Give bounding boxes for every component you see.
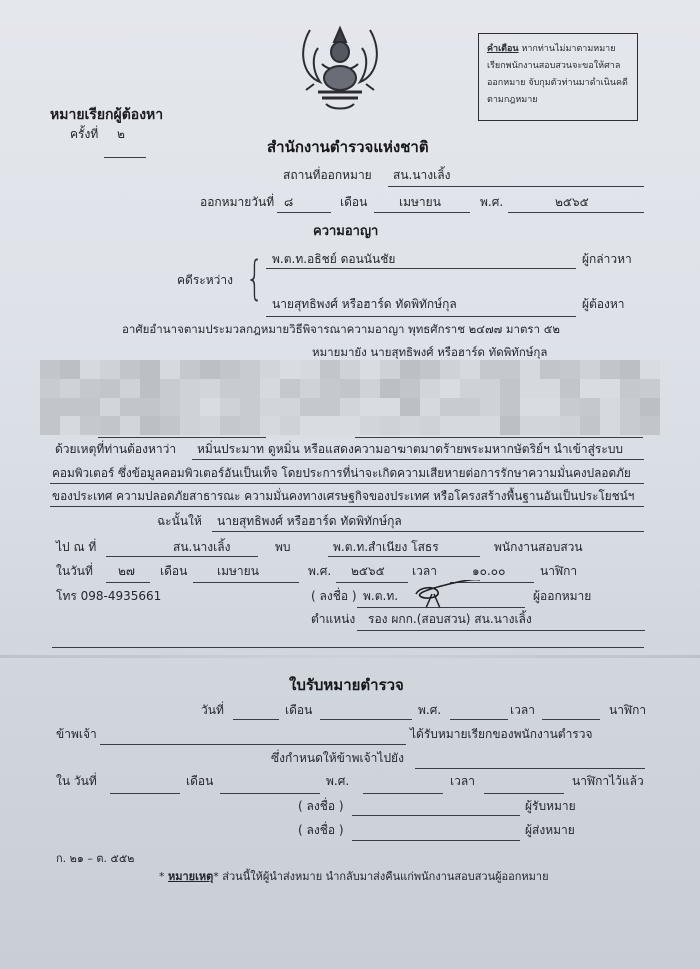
mosaic-cell: [80, 360, 100, 379]
warning-label: คำเตือน: [487, 44, 519, 54]
mosaic-cell: [160, 360, 180, 379]
mosaic-cell: [340, 379, 360, 398]
redacted-line-right: [355, 437, 643, 438]
appointed-person: นายสุทธิพงศ์ หรือฮาร์ด ทัดพิทักษ์กุล: [217, 514, 402, 528]
mosaic-cell: [200, 416, 220, 435]
mosaic-cell: [460, 360, 480, 379]
receipt-on-day-field[interactable]: [110, 793, 180, 794]
receipt-time-label: เวลา: [510, 703, 535, 717]
mosaic-cell: [100, 379, 120, 398]
charge-label: ด้วยเหตุที่ท่านต้องหาว่า: [55, 442, 176, 456]
receipt-name-field[interactable]: [100, 744, 406, 745]
count-underline: [104, 157, 146, 158]
appointment-day-line: [106, 582, 150, 583]
appointment-place-line: [106, 556, 258, 557]
mosaic-cell: [180, 379, 200, 398]
issue-day: ๘: [284, 195, 293, 209]
appointment-year: ๒๕๖๕: [351, 564, 385, 578]
position-label: ตำแหน่ง: [311, 612, 355, 626]
mosaic-cell: [160, 379, 180, 398]
mosaic-cell: [540, 416, 560, 435]
appointment-place: สน.นางเลิ้ง: [173, 540, 230, 554]
issue-month-label: เดือน: [340, 195, 367, 209]
mosaic-cell: [520, 360, 540, 379]
receipt-month-label: เดือน: [285, 703, 312, 717]
charge-line-2-rule: [50, 483, 644, 484]
mosaic-cell: [400, 360, 420, 379]
mosaic-cell: [440, 360, 460, 379]
mosaic-cell: [620, 379, 640, 398]
mosaic-cell: [480, 379, 500, 398]
mosaic-cell: [240, 398, 260, 417]
mosaic-cell: [520, 398, 540, 417]
section-divider: [52, 647, 644, 648]
mosaic-cell: [600, 360, 620, 379]
mosaic-cell: [60, 379, 80, 398]
appointment-year-label: พ.ศ.: [308, 564, 331, 578]
garuda-emblem-icon: [292, 20, 388, 115]
case-type: ความอาญา: [313, 220, 378, 241]
summons-to: หมายมายัง นายสุทธิพงศ์ หรือฮาร์ด ทัดพิทั…: [312, 345, 547, 359]
officer-line: [328, 556, 480, 557]
receipt-destination-field[interactable]: [415, 768, 645, 769]
mosaic-cell: [140, 416, 160, 435]
issue-year-line: [508, 212, 644, 213]
charge-line-3: ของประเทศ ความปลอดภัยสาธารณะ ความมั่นคงท…: [52, 489, 634, 503]
mosaic-cell: [120, 416, 140, 435]
sender-sign-label: ( ลงชื่อ ): [298, 823, 344, 837]
mosaic-cell: [500, 379, 520, 398]
mosaic-cell: [220, 360, 240, 379]
appointment-time-label: เวลา: [412, 564, 437, 578]
mosaic-cell: [420, 398, 440, 417]
mosaic-cell: [600, 416, 620, 435]
mosaic-cell: [240, 360, 260, 379]
mosaic-cell: [120, 398, 140, 417]
appointment-month: เมษายน: [217, 564, 259, 578]
accused-name: นายสุทธิพงศ์ หรือฮาร์ด ทัดพิทักษ์กุล: [272, 297, 457, 311]
receipt-month-field[interactable]: [320, 719, 412, 720]
issue-month: เมษายน: [399, 195, 441, 209]
issuer-sign-label: ( ลงชื่อ ): [311, 589, 357, 603]
mosaic-cell: [620, 360, 640, 379]
note-star: *: [159, 870, 168, 883]
appointment-month-label: เดือน: [160, 564, 187, 578]
between-label: คดีระหว่าง: [177, 273, 233, 287]
mosaic-cell: [120, 360, 140, 379]
mosaic-cell: [180, 398, 200, 417]
officer-role: พนักงานสอบสวน: [494, 540, 583, 554]
receipt-year-field[interactable]: [450, 719, 508, 720]
mosaic-cell: [380, 360, 400, 379]
mosaic-cell: [560, 360, 580, 379]
mosaic-cell: [480, 398, 500, 417]
mosaic-cell: [60, 398, 80, 417]
accuser-name: พ.ต.ท.อธิชย์ ดอนนันชัย: [272, 252, 395, 266]
receipt-on-year-label: พ.ศ.: [326, 774, 349, 788]
accuser-line: [266, 268, 576, 269]
mosaic-cell: [480, 360, 500, 379]
paper-fold: [0, 655, 700, 658]
mosaic-cell: [380, 379, 400, 398]
officer-name: พ.ต.ท.สำเนียง โสธร: [333, 540, 439, 554]
issuer-rank: พ.ต.ท.: [363, 589, 398, 603]
mosaic-cell: [180, 360, 200, 379]
accuser-role: ผู้กล่าวหา: [582, 252, 632, 266]
mosaic-cell: [240, 379, 260, 398]
mosaic-cell: [140, 379, 160, 398]
mosaic-cell: [160, 398, 180, 417]
mosaic-cell: [300, 398, 320, 417]
mosaic-cell: [360, 416, 380, 435]
mosaic-cell: [360, 379, 380, 398]
mosaic-cell: [180, 416, 200, 435]
mosaic-cell: [460, 398, 480, 417]
appointment-year-line: [336, 582, 408, 583]
mosaic-cell: [220, 416, 240, 435]
charge-line-2: คอมพิวเตอร์ ซึ่งข้อมูลคอมพิวเตอร์อันเป็น…: [52, 466, 631, 480]
mosaic-cell: [640, 416, 660, 435]
receiver-role: ผู้รับหมาย: [525, 799, 576, 813]
mosaic-cell: [400, 398, 420, 417]
receipt-appoint-text: ซึ่งกำหนดให้ข้าพเจ้าไปยัง: [271, 751, 404, 765]
mosaic-cell: [200, 379, 220, 398]
receipt-day-field[interactable]: [233, 719, 279, 720]
receipt-time-unit: นาฬิกา: [609, 703, 646, 717]
mosaic-cell: [640, 398, 660, 417]
mosaic-cell: [580, 379, 600, 398]
mosaic-cell: [540, 379, 560, 398]
mosaic-cell: [40, 398, 60, 417]
receipt-on-month-label: เดือน: [186, 774, 213, 788]
mosaic-cell: [40, 360, 60, 379]
mosaic-cell: [260, 379, 280, 398]
mosaic-cell: [400, 416, 420, 435]
mosaic-cell: [620, 398, 640, 417]
mosaic-cell: [400, 379, 420, 398]
mosaic-cell: [520, 416, 540, 435]
appointment-date-label: ในวันที่: [56, 564, 93, 578]
count-value: ๒: [117, 127, 125, 141]
mosaic-cell: [500, 416, 520, 435]
mosaic-cell: [40, 379, 60, 398]
appointment-day: ๒๗: [118, 564, 135, 578]
mosaic-cell: [640, 379, 660, 398]
mosaic-cell: [600, 398, 620, 417]
agency-name: สำนักงานตำรวจแห่งชาติ: [267, 135, 429, 159]
mosaic-cell: [140, 398, 160, 417]
receipt-date-label: วันที่: [201, 703, 224, 717]
redacted-region: [40, 360, 660, 435]
mosaic-cell: [80, 379, 100, 398]
mosaic-cell: [280, 398, 300, 417]
mosaic-cell: [580, 416, 600, 435]
mosaic-cell: [40, 416, 60, 435]
appointed-person-line: [212, 531, 644, 532]
receiver-sign-label: ( ลงชื่อ ): [298, 799, 344, 813]
mosaic-cell: [580, 398, 600, 417]
mosaic-cell: [360, 398, 380, 417]
mosaic-cell: [420, 360, 440, 379]
issue-year-label: พ.ศ.: [480, 195, 503, 209]
meet-label: พบ: [275, 540, 291, 554]
accused-role: ผู้ต้องหา: [582, 297, 625, 311]
mosaic-cell: [220, 379, 240, 398]
position-value: รอง ผกก.(สอบสวน) สน.นางเลิ้ง: [368, 612, 532, 626]
accused-line: [266, 316, 576, 317]
warning-box: คำเตือน หากท่านไม่มาตามหมายเรียกพนักงานส…: [478, 33, 638, 121]
issue-month-line: [374, 212, 470, 213]
charge-line-1: หมิ่นประมาท ดูหมิ่น หรือแสดงความอาฆาตมาด…: [197, 442, 623, 456]
issuer-sign-line: [357, 607, 525, 608]
mosaic-cell: [320, 379, 340, 398]
count-label: ครั้งที่: [70, 127, 98, 141]
issue-day-line: [277, 212, 331, 213]
mosaic-cell: [640, 360, 660, 379]
issue-year: ๒๕๖๕: [555, 195, 589, 209]
mosaic-cell: [540, 398, 560, 417]
legal-authority: อาศัยอำนาจตามประมวลกฎหมายวิธีพิจารณาความ…: [122, 322, 560, 336]
mosaic-cell: [240, 416, 260, 435]
mosaic-cell: [620, 416, 640, 435]
receipt-on-time-unit: นาฬิกาไว้แล้ว: [572, 774, 644, 788]
mosaic-cell: [260, 398, 280, 417]
mosaic-cell: [140, 360, 160, 379]
mosaic-cell: [80, 398, 100, 417]
mosaic-cell: [200, 398, 220, 417]
mosaic-cell: [340, 416, 360, 435]
mosaic-cell: [200, 360, 220, 379]
receipt-on-year-field[interactable]: [363, 793, 443, 794]
mosaic-cell: [300, 360, 320, 379]
mosaic-cell: [120, 379, 140, 398]
mosaic-cell: [80, 416, 100, 435]
mosaic-cell: [340, 360, 360, 379]
receipt-received-text: ได้รับหมายเรียกของพนักงานตำรวจ: [410, 727, 593, 741]
mosaic-cell: [380, 416, 400, 435]
mosaic-cell: [60, 360, 80, 379]
receipt-on-date-label: ใน วันที่: [56, 774, 97, 788]
mosaic-cell: [560, 379, 580, 398]
issuer-role: ผู้ออกหมาย: [533, 589, 591, 603]
mosaic-cell: [160, 416, 180, 435]
mosaic-cell: [260, 416, 280, 435]
mosaic-cell: [580, 360, 600, 379]
mosaic-cell: [300, 416, 320, 435]
issue-date-label: ออกหมายวันที่: [200, 195, 274, 209]
appointment-month-line: [193, 582, 299, 583]
brace-symbol: {: [246, 255, 264, 301]
receipt-note: * หมายเหตุ* ส่วนนี้ให้ผู้นำส่งหมาย นำกลั…: [159, 870, 549, 884]
mosaic-cell: [60, 416, 80, 435]
receipt-on-month-field[interactable]: [220, 793, 320, 794]
mosaic-cell: [100, 398, 120, 417]
mosaic-cell: [300, 379, 320, 398]
mosaic-cell: [440, 398, 460, 417]
sender-role: ผู้ส่งหมาย: [525, 823, 575, 837]
issuer-signature: [410, 580, 490, 610]
mosaic-cell: [480, 416, 500, 435]
mosaic-cell: [440, 416, 460, 435]
receipt-i-label: ข้าพเจ้า: [56, 727, 97, 741]
appointment-time-unit: นาฬิกา: [540, 564, 577, 578]
mosaic-cell: [320, 360, 340, 379]
mosaic-cell: [520, 379, 540, 398]
mosaic-cell: [460, 379, 480, 398]
mosaic-cell: [380, 398, 400, 417]
charge-line-3-rule: [50, 506, 644, 507]
mosaic-cell: [460, 416, 480, 435]
mosaic-cell: [500, 398, 520, 417]
issue-place-value: สน.นางเลิ้ง: [393, 168, 450, 182]
receipt-year-label: พ.ศ.: [418, 703, 441, 717]
issue-place-label: สถานที่ออกหมาย: [283, 168, 372, 182]
receipt-time-field[interactable]: [542, 719, 600, 720]
mosaic-cell: [560, 416, 580, 435]
mosaic-cell: [280, 360, 300, 379]
receiver-sign-field[interactable]: [352, 815, 520, 816]
document-title: หมายเรียกผู้ต้องหา: [50, 104, 163, 126]
phone-number: โทร 098-4935661: [56, 589, 161, 603]
mosaic-cell: [260, 360, 280, 379]
mosaic-cell: [420, 379, 440, 398]
issue-place-line: [388, 186, 644, 187]
redacted-line-left: [98, 437, 266, 438]
mosaic-cell: [280, 379, 300, 398]
mosaic-cell: [500, 360, 520, 379]
mosaic-cell: [360, 360, 380, 379]
mosaic-cell: [440, 379, 460, 398]
receipt-on-time-field[interactable]: [484, 793, 564, 794]
therefore-label: ฉะนั้นให้: [157, 514, 202, 528]
mosaic-cell: [420, 416, 440, 435]
mosaic-cell: [320, 416, 340, 435]
mosaic-cell: [100, 416, 120, 435]
goto-label: ไป ณ ที่: [56, 540, 96, 554]
note-label: หมายเหตุ: [168, 870, 213, 883]
note-text: * ส่วนนี้ให้ผู้นำส่งหมาย นำกลับมาส่งคืนแ…: [213, 870, 548, 883]
receipt-on-time-label: เวลา: [450, 774, 475, 788]
mosaic-cell: [560, 398, 580, 417]
receipt-title: ใบรับหมายตำรวจ: [289, 673, 404, 697]
charge-line-1-rule: [192, 459, 644, 460]
mosaic-cell: [220, 398, 240, 417]
form-code: ก. ๒๑ – ต. ๕๕๒: [56, 852, 134, 866]
sender-sign-field[interactable]: [352, 840, 520, 841]
mosaic-cell: [100, 360, 120, 379]
mosaic-cell: [320, 398, 340, 417]
position-line: [357, 630, 645, 631]
mosaic-cell: [340, 398, 360, 417]
mosaic-cell: [600, 379, 620, 398]
mosaic-cell: [280, 416, 300, 435]
mosaic-cell: [540, 360, 560, 379]
appointment-time: ๑๐.๐๐: [472, 564, 505, 578]
